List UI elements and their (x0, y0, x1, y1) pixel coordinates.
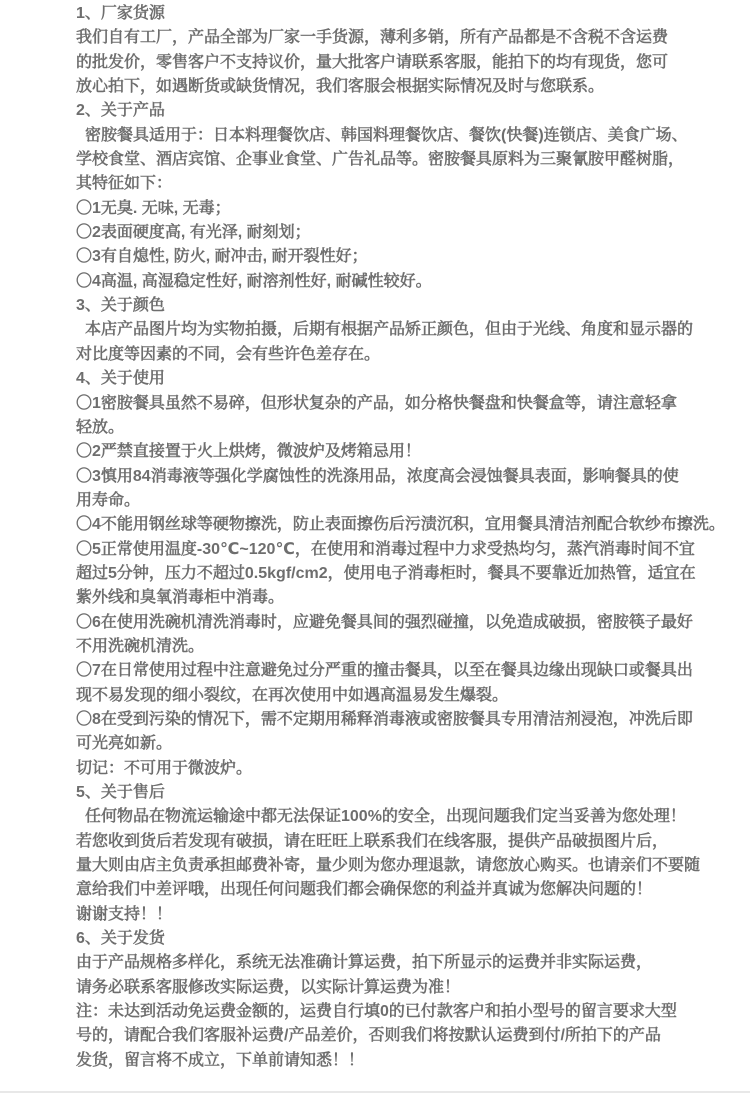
section-title: 6、关于发货 (76, 927, 720, 951)
text-line: 号的，请配合我们客服补运费/产品差价，否则我们将按默认运费到付/所拍下的产品 (76, 1024, 720, 1048)
text-line: 不用洗碗机清洗。 (76, 635, 720, 659)
text-line: 〇4不能用钢丝球等硬物擦洗，防止表面擦伤后污渍沉积，宜用餐具清洁剂配合软纱布擦洗… (76, 513, 720, 537)
section-title: 2、关于产品 (76, 99, 720, 123)
text-line: 紫外线和臭氧消毒柜中消毒。 (76, 586, 720, 610)
text-line: 学校食堂、酒店宾馆、企事业食堂、广告礼品等。密胺餐具原料为三聚氰胺甲醛树脂， (76, 148, 720, 172)
text-line: 可光亮如新。 (76, 732, 720, 756)
text-line: 意给我们中差评哦，出现任何问题我们都会确保您的利益并真诚为您解决问题的！ (76, 878, 720, 902)
text-line: 谢谢支持！！ (76, 903, 720, 927)
text-line: 〇4高温, 高湿稳定性好, 耐溶剂性好, 耐碱性较好。 (76, 270, 720, 294)
description-text-block: 1、厂家货源我们自有工厂，产品全部为厂家一手货源，薄利多销，所有产品都是不含税不… (0, 0, 750, 1073)
text-line: 〇8在受到污染的情况下，需不定期用稀释消毒液或密胺餐具专用清洁剂浸泡，冲洗后即 (76, 708, 720, 732)
text-line: 注：未达到活动免运费金额的，运费自行填0的已付款客户和拍小型号的留言要求大型 (76, 1000, 720, 1024)
section-title: 1、厂家货源 (76, 2, 720, 26)
text-line: 放心拍下，如遇断货或缺货情况，我们客服会根据实际情况及时与您联系。 (76, 75, 720, 99)
text-line: 量大则由店主负责承担邮费补寄，量少则为您办理退款，请您放心购买。也请亲们不要随 (76, 854, 720, 878)
text-line: 〇1密胺餐具虽然不易碎，但形状复杂的产品，如分格快餐盘和快餐盒等，请注意轻拿 (76, 392, 720, 416)
text-line: 请务必联系客服修改实际运费，以实际计算运费为准！ (76, 976, 720, 1000)
text-line: 〇3慎用84消毒液等强化学腐蚀性的洗涤用品，浓度高会浸蚀餐具表面，影响餐具的使 (76, 465, 720, 489)
text-line: 〇6在使用洗碗机清洗消毒时，应避免餐具间的强烈碰撞，以免造成破损，密胺筷子最好 (76, 611, 720, 635)
section-title: 3、关于颜色 (76, 294, 720, 318)
section-title: 4、关于使用 (76, 367, 720, 391)
text-line: 〇2表面硬度高, 有光泽, 耐刻划； (76, 221, 720, 245)
text-line: 若您收到货后若发现有破损，请在旺旺上联系我们在线客服，提供产品破损图片后， (76, 830, 720, 854)
text-line: 〇3有自熄性, 防火, 耐冲击, 耐开裂性好； (76, 245, 720, 269)
text-line: 切记：不可用于微波炉。 (76, 757, 720, 781)
product-description-document: 1、厂家货源我们自有工厂，产品全部为厂家一手货源，薄利多销，所有产品都是不含税不… (0, 0, 750, 1094)
text-line: 本店产品图片均为实物拍摄，后期有根据产品矫正颜色，但由于光线、角度和显示器的 (76, 318, 720, 342)
text-line: 发货，留言将不成立，下单前请知悉！！ (76, 1049, 720, 1073)
text-line: 我们自有工厂，产品全部为厂家一手货源，薄利多销，所有产品都是不含税不含运费 (76, 26, 720, 50)
text-line: 超过5分钟，压力不超过0.5kgf/cm2，使用电子消毒柜时，餐具不要靠近加热管… (76, 562, 720, 586)
text-line: 密胺餐具适用于：日本料理餐饮店、韩国料理餐饮店、餐饮(快餐)连锁店、美食广场、 (76, 124, 720, 148)
text-line: 〇7在日常使用过程中注意避免过分严重的撞击餐具，以至在餐具边缘出现缺口或餐具出 (76, 659, 720, 683)
text-line: 其特征如下： (76, 172, 720, 196)
text-line: 〇1无臭. 无味, 无毒； (76, 197, 720, 221)
text-line: 任何物品在物流运输途中都无法保证100%的安全，出现问题我们定当妥善为您处理！ (76, 805, 720, 829)
bottom-divider (0, 1091, 750, 1093)
text-line: 现不易发现的细小裂纹，在再次使用中如遇高温易发生爆裂。 (76, 684, 720, 708)
text-line: 用寿命。 (76, 489, 720, 513)
text-line: 轻放。 (76, 416, 720, 440)
text-line: 〇2严禁直接置于火上烘烤，微波炉及烤箱忌用！ (76, 440, 720, 464)
text-line: 的批发价，零售客户不支持议价，量大批客户请联系客服，能拍下的均有现货，您可 (76, 51, 720, 75)
section-title: 5、关于售后 (76, 781, 720, 805)
text-line: 〇5正常使用温度-30℃~120℃，在使用和消毒过程中力求受热均匀，蒸汽消毒时间… (76, 538, 720, 562)
text-line: 由于产品规格多样化，系统无法准确计算运费，拍下所显示的运费并非实际运费， (76, 951, 720, 975)
text-line: 对比度等因素的不同，会有些许色差存在。 (76, 343, 720, 367)
